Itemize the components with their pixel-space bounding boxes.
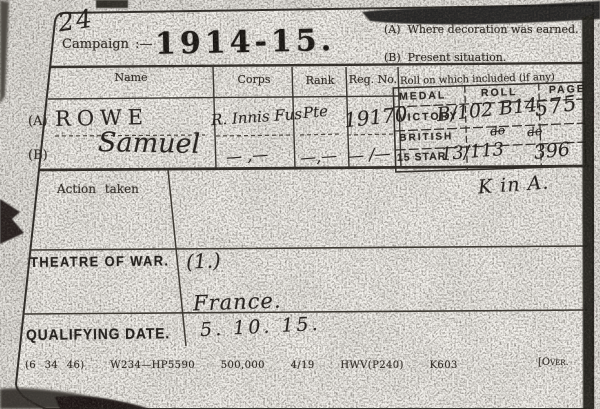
row-a-label: (A) <box>28 114 48 129</box>
row-b-reg-mark: — /— <box>347 144 391 166</box>
row-b-corps-mark: — ,— <box>225 145 268 167</box>
column-header-regno: Reg. No. <box>347 73 399 86</box>
stamp-row-british: BRITISH <box>399 131 453 144</box>
british-roll-ditto: do <box>489 123 505 139</box>
column-header-name: Name <box>51 71 211 84</box>
row-a-rank: Pte <box>302 102 328 122</box>
over-note: [Over. <box>538 357 569 368</box>
printer-imprint: (6 34 46) W234—HP5590 500,000 4/19 HWV(P… <box>25 360 458 371</box>
action-taken-label: Action taken <box>57 182 139 196</box>
qualifying-date-label: QUALIFYING DATE. <box>26 325 170 344</box>
column-header-rank: Rank <box>294 74 346 87</box>
card-rules <box>0 0 600 409</box>
theatre-value: France. <box>193 288 282 315</box>
star-page-value: 396 <box>533 138 571 164</box>
corner-note: 24 <box>56 4 95 38</box>
note-where-earned: (A) Where decoration was earned. <box>384 23 579 36</box>
theatre-number: (1.) <box>185 248 221 274</box>
medal-index-card: 24 Campaign :— 1914-15. (A) Where decora… <box>0 0 600 409</box>
row-b-name: Samuel <box>98 127 201 160</box>
campaign-stamp: 1914-15. <box>155 23 336 62</box>
row-b-rank-mark: —,— <box>299 146 337 168</box>
stamp-row-star: 15 STAR <box>397 150 447 164</box>
medal-roll-stamp: MEDAL ROLL PAGE VICTORY BRITISH 15 STAR … <box>392 80 589 174</box>
note-present-situation: (B) Present situation. <box>384 51 506 64</box>
theatre-of-war-label: THEATRE OF WAR. <box>30 252 169 270</box>
column-header-corps: Corps <box>215 73 293 86</box>
british-page-ditto: do <box>526 124 542 140</box>
campaign-label: Campaign :— <box>62 37 152 52</box>
row-b-label: (B) <box>28 148 48 163</box>
